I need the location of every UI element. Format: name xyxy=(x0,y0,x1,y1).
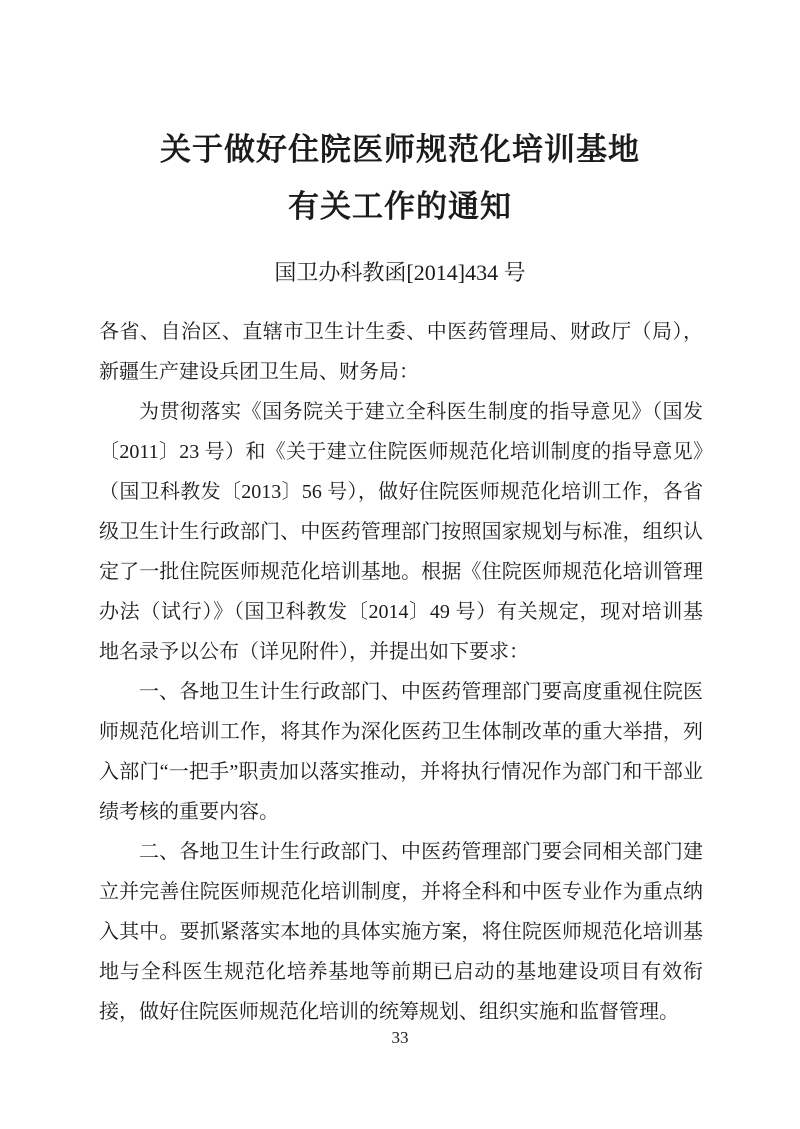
title-line-1: 关于做好住院医师规范化培训基地 xyxy=(0,121,800,178)
paragraph-2: 一、各地卫生计生行政部门、中医药管理部门要高度重视住院医师规范化培训工作，将其作… xyxy=(99,672,703,832)
document-number: 国卫办科教函[2014]434 号 xyxy=(0,256,800,290)
salutation: 各省、自治区、直辖市卫生计生委、中医药管理局、财政厅（局），新疆生产建设兵团卫生… xyxy=(99,312,703,392)
paragraph-1: 为贯彻落实《国务院关于建立全科医生制度的指导意见》（国发〔2011〕23 号）和… xyxy=(99,392,703,672)
document-title: 关于做好住院医师规范化培训基地 有关工作的通知 xyxy=(0,121,800,235)
page-number: 33 xyxy=(0,1026,800,1050)
document-page: 关于做好住院医师规范化培训基地 有关工作的通知 国卫办科教函[2014]434 … xyxy=(0,0,800,1129)
title-line-2: 有关工作的通知 xyxy=(0,178,800,235)
document-body: 各省、自治区、直辖市卫生计生委、中医药管理局、财政厅（局），新疆生产建设兵团卫生… xyxy=(99,312,703,1032)
paragraph-3: 二、各地卫生计生行政部门、中医药管理部门要会同相关部门建立并完善住院医师规范化培… xyxy=(99,832,703,1032)
